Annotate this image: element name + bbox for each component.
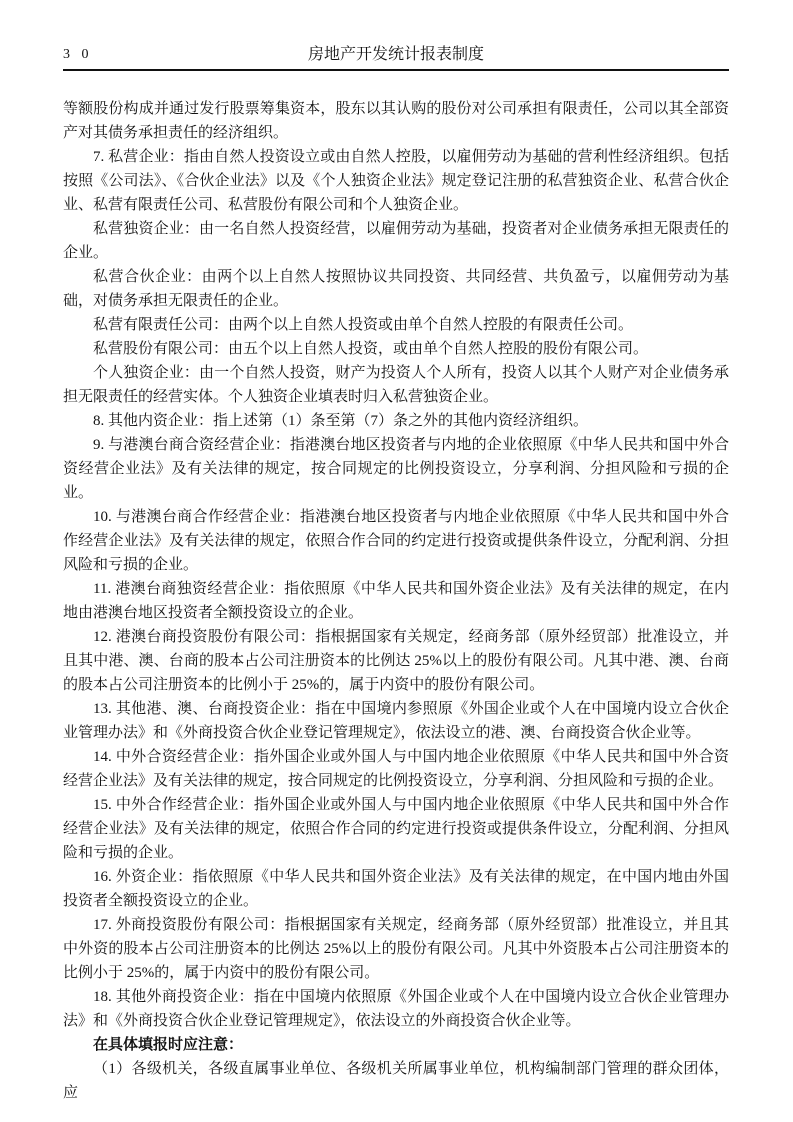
paragraph: 18. 其他外商投资企业：指在中国境内依照原《外国企业或个人在中国境内设立合伙企…	[63, 985, 729, 1033]
paragraph: 12. 港澳台商投资股份有限公司：指根据国家有关规定，经商务部（原外经贸部）批准…	[63, 625, 729, 697]
paragraph: 私营有限责任公司：由两个以上自然人投资或由单个自然人控股的有限责任公司。	[63, 313, 729, 337]
header-title: 房地产开发统计报表制度	[308, 46, 484, 64]
paragraph: 13. 其他港、澳、台商投资企业：指在中国境内参照原《外国企业或个人在中国境内设…	[63, 697, 729, 745]
paragraph: 16. 外资企业：指依照原《中华人民共和国外资企业法》及有关法律的规定，在中国内…	[63, 865, 729, 913]
paragraph: 14. 中外合资经营企业：指外国企业或外国人与中国内地企业依照原《中华人民共和国…	[63, 745, 729, 793]
paragraph: 17. 外商投资股份有限公司：指根据国家有关规定，经商务部（原外经贸部）批准设立…	[63, 913, 729, 985]
page-number: 3 0	[63, 46, 93, 64]
paragraph: 私营股份有限公司：由五个以上自然人投资，或由单个自然人控股的股份有限公司。	[63, 337, 729, 361]
paragraph: 9. 与港澳台商合资经营企业：指港澳台地区投资者与内地的企业依照原《中华人民共和…	[63, 433, 729, 505]
paragraph: 11. 港澳台商独资经营企业：指依照原《中华人民共和国外资企业法》及有关法律的规…	[63, 577, 729, 625]
paragraph: 私营独资企业：由一名自然人投资经营，以雇佣劳动为基础，投资者对企业债务承担无限责…	[63, 217, 729, 265]
paragraph: （1）各级机关，各级直属事业单位、各级机关所属事业单位，机构编制部门管理的群众团…	[63, 1057, 729, 1105]
paragraph: 10. 与港澳台商合作经营企业：指港澳台地区投资者与内地企业依照原《中华人民共和…	[63, 505, 729, 577]
paragraph: 个人独资企业：由一个自然人投资，财产为投资人个人所有，投资人以其个人财产对企业债…	[63, 361, 729, 409]
paragraph: 8. 其他内资企业：指上述第（1）条至第（7）条之外的其他内资经济组织。	[63, 409, 729, 433]
paragraph: 15. 中外合作经营企业：指外国企业或外国人与中国内地企业依照原《中华人民共和国…	[63, 793, 729, 865]
page-header: 3 0 房地产开发统计报表制度	[63, 46, 729, 71]
paragraph: 7. 私营企业：指由自然人投资设立或由自然人控股，以雇佣劳动为基础的营利性经济组…	[63, 145, 729, 217]
document-page: 3 0 房地产开发统计报表制度 等额股份构成并通过发行股票筹集资本，股东以其认购…	[0, 0, 793, 1122]
paragraph: 在具体填报时应注意：	[63, 1033, 729, 1057]
paragraph: 等额股份构成并通过发行股票筹集资本，股东以其认购的股份对公司承担有限责任，公司以…	[63, 97, 729, 145]
paragraph: 私营合伙企业：由两个以上自然人按照协议共同投资、共同经营、共负盈亏，以雇佣劳动为…	[63, 265, 729, 313]
document-body: 等额股份构成并通过发行股票筹集资本，股东以其认购的股份对公司承担有限责任，公司以…	[63, 97, 729, 1105]
